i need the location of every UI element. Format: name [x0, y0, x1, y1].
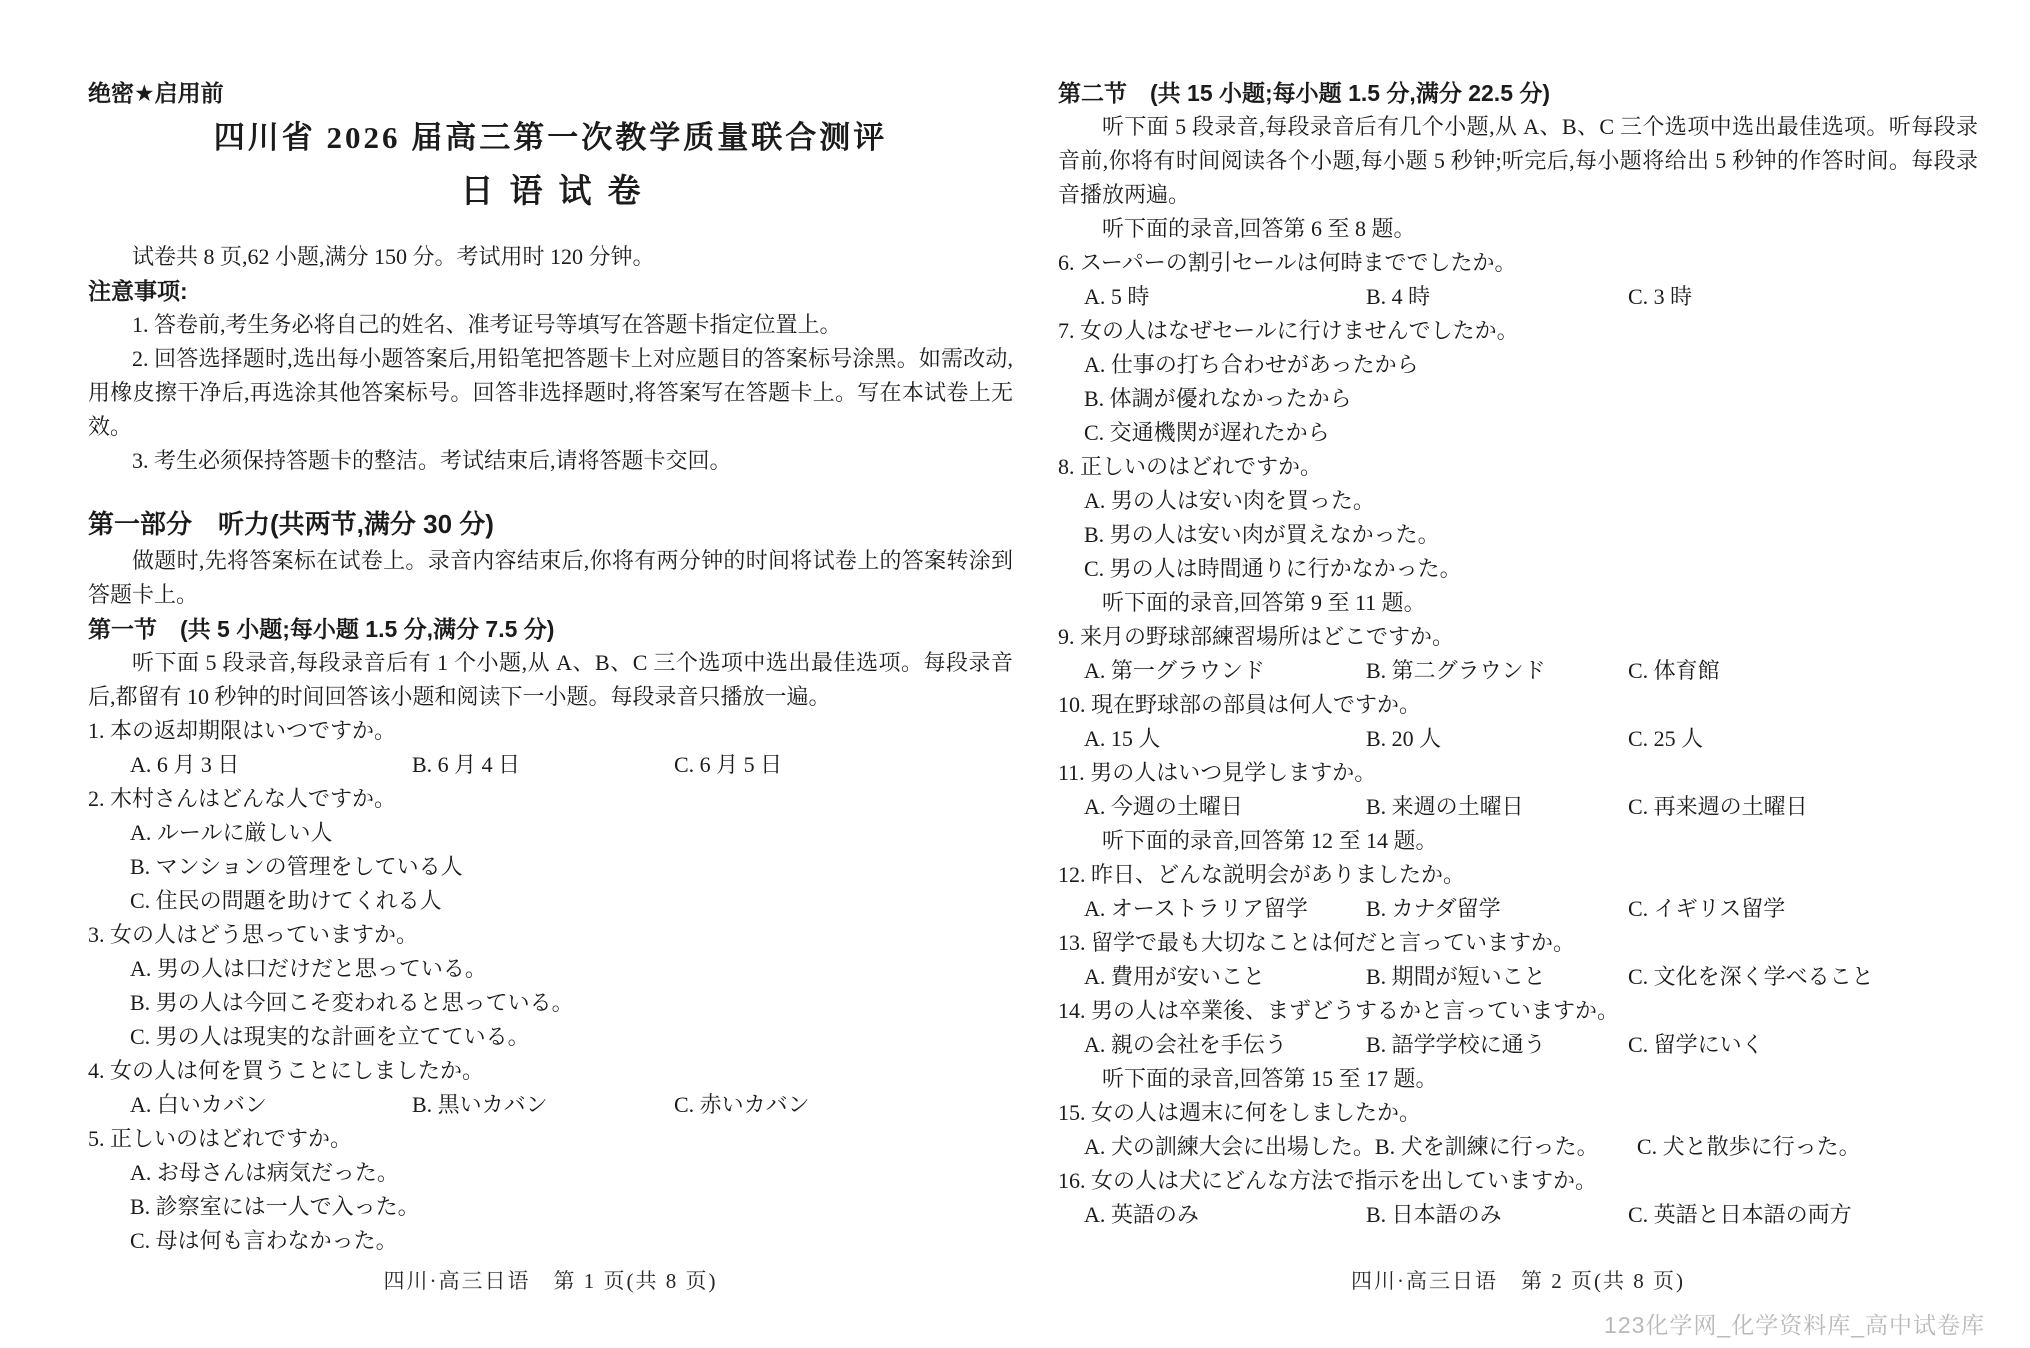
notice-item-1: 1. 答卷前,考生务必将自己的姓名、准考证号等填写在答题卡指定位置上。 [88, 308, 1013, 342]
option-A: A. 今週の土曜日 [1084, 790, 1366, 824]
options: A. 5 時B. 4 時C. 3 時 [1058, 280, 1978, 314]
options: A. 15 人B. 20 人C. 25 人 [1058, 722, 1978, 756]
option-B: B. 黒いカバン [412, 1088, 674, 1122]
option-A: A. ルールに厳しい人 [88, 816, 1013, 850]
security-classification: 绝密★启用前 [88, 76, 1013, 110]
question-text: 2. 木村さんはどんな人ですか。 [88, 782, 1013, 816]
question-number: 4. [88, 1058, 105, 1083]
question-7: 7. 女の人はなぜセールに行けませんでしたか。A. 仕事の打ち合わせがあったから… [1058, 314, 1978, 450]
option-A: A. 費用が安いこと [1084, 960, 1366, 994]
option-A: A. 6 月 3 日 [130, 748, 412, 782]
part1-intro: 做题时,先将答案标在试卷上。录音内容结束后,你将有两分钟的时间将试卷上的答案转涂… [88, 544, 1013, 612]
options: A. 費用が安いことB. 期間が短いことC. 文化を深く学べること [1058, 960, 1978, 994]
option-A: A. 第一グラウンド [1084, 654, 1366, 688]
question-text: 14. 男の人は卒業後、まずどうするかと言っていますか。 [1058, 994, 1978, 1028]
question-number: 14. [1058, 998, 1086, 1023]
option-C: C. 文化を深く学べること [1628, 960, 1874, 994]
questions-page2: 听下面的录音,回答第 6 至 8 题。6. スーパーの割引セールは何時まででした… [1058, 212, 1978, 1232]
option-C: C. 再来週の土曜日 [1628, 790, 1808, 824]
option-B: B. 体調が優れなかったから [1058, 382, 1978, 416]
question-15: 15. 女の人は週末に何をしましたか。A. 犬の訓練大会に出場した。B. 犬を訓… [1058, 1096, 1978, 1164]
question-text: 16. 女の人は犬にどんな方法で指示を出していますか。 [1058, 1164, 1978, 1198]
option-C: C. 住民の問題を助けてくれる人 [88, 884, 1013, 918]
question-2: 2. 木村さんはどんな人ですか。A. ルールに厳しい人B. マンションの管理をし… [88, 782, 1013, 918]
option-C: C. 3 時 [1628, 280, 1692, 314]
notice-heading: 注意事项: [88, 274, 1013, 308]
option-A: A. 犬の訓練大会に出場した。 [1084, 1130, 1375, 1164]
question-11: 11. 男の人はいつ見学しますか。A. 今週の土曜日B. 来週の土曜日C. 再来… [1058, 756, 1978, 824]
question-4: 4. 女の人は何を買うことにしましたか。A. 白いカバンB. 黒いカバンC. 赤… [88, 1054, 1013, 1122]
option-C: C. 体育館 [1628, 654, 1720, 688]
question-16: 16. 女の人は犬にどんな方法で指示を出していますか。A. 英語のみB. 日本語… [1058, 1164, 1978, 1232]
section2-heading: 第二节 (共 15 小题;每小题 1.5 分,满分 22.5 分) [1058, 76, 1978, 110]
question-number: 13. [1058, 930, 1086, 955]
options: A. 犬の訓練大会に出場した。B. 犬を訓練に行った。C. 犬と散歩に行った。 [1058, 1130, 1978, 1164]
page-2: 第二节 (共 15 小题;每小题 1.5 分,满分 22.5 分) 听下面 5 … [1058, 0, 1978, 1348]
question-number: 5. [88, 1126, 105, 1151]
question-text: 15. 女の人は週末に何をしましたか。 [1058, 1096, 1978, 1130]
question-number: 9. [1058, 624, 1075, 649]
option-A: A. 白いカバン [130, 1088, 412, 1122]
option-C: C. 犬と散歩に行った。 [1637, 1130, 1861, 1164]
exam-subject-title: 日语试卷 [88, 168, 1013, 216]
question-number: 16. [1058, 1168, 1086, 1193]
listening-instruction: 听下面的录音,回答第 6 至 8 题。 [1058, 212, 1978, 246]
question-number: 3. [88, 922, 105, 947]
question-text: 10. 現在野球部の部員は何人ですか。 [1058, 688, 1978, 722]
question-text: 4. 女の人は何を買うことにしましたか。 [88, 1054, 1013, 1088]
option-C: C. 留学にいく [1628, 1028, 1764, 1062]
listening-instruction: 听下面的录音,回答第 9 至 11 题。 [1058, 586, 1978, 620]
question-number: 1. [88, 718, 105, 743]
question-text: 3. 女の人はどう思っていますか。 [88, 918, 1013, 952]
options: A. 第一グラウンドB. 第二グラウンドC. 体育館 [1058, 654, 1978, 688]
question-text: 11. 男の人はいつ見学しますか。 [1058, 756, 1978, 790]
section1-intro: 听下面 5 段录音,每段录音后有 1 个小题,从 A、B、C 三个选项中选出最佳… [88, 646, 1013, 714]
option-B: B. 4 時 [1366, 280, 1628, 314]
option-C: C. 赤いカバン [674, 1088, 810, 1122]
option-B: B. 犬を訓練に行った。 [1375, 1130, 1637, 1164]
option-C: C. 英語と日本語の両方 [1628, 1198, 1852, 1232]
question-8: 8. 正しいのはどれですか。A. 男の人は安い肉を買った。B. 男の人は安い肉が… [1058, 450, 1978, 586]
option-A: A. 15 人 [1084, 722, 1366, 756]
option-C: C. イギリス留学 [1628, 892, 1785, 926]
question-number: 2. [88, 786, 105, 811]
page-1: 绝密★启用前 四川省 2026 届高三第一次教学质量联合测评 日语试卷 试卷共 … [88, 0, 1013, 1348]
question-1: 1. 本の返却期限はいつですか。A. 6 月 3 日B. 6 月 4 日C. 6… [88, 714, 1013, 782]
question-text: 6. スーパーの割引セールは何時まででしたか。 [1058, 246, 1978, 280]
option-B: B. 来週の土曜日 [1366, 790, 1628, 824]
question-number: 7. [1058, 318, 1075, 343]
notice-item-3: 3. 考生必须保持答题卡的整洁。考试结束后,请将答题卡交回。 [88, 444, 1013, 478]
option-B: B. 語学学校に通う [1366, 1028, 1628, 1062]
option-A: A. 親の会社を手伝う [1084, 1028, 1366, 1062]
option-A: A. 仕事の打ち合わせがあったから [1058, 348, 1978, 382]
option-B: B. 6 月 4 日 [412, 748, 674, 782]
question-number: 6. [1058, 250, 1075, 275]
option-B: B. カナダ留学 [1366, 892, 1628, 926]
question-text: 13. 留学で最も大切なことは何だと言っていますか。 [1058, 926, 1978, 960]
site-watermark: 123化学网_化学资料库_高中试卷库 [1604, 1308, 1985, 1342]
questions-page1: 1. 本の返却期限はいつですか。A. 6 月 3 日B. 6 月 4 日C. 6… [88, 714, 1013, 1258]
question-12: 12. 昨日、どんな説明会がありましたか。A. オーストラリア留学B. カナダ留… [1058, 858, 1978, 926]
option-C: C. 25 人 [1628, 722, 1703, 756]
section2-intro: 听下面 5 段录音,每段录音后有几个小题,从 A、B、C 三个选项中选出最佳选项… [1058, 110, 1978, 212]
option-A: A. 男の人は口だけだと思っている。 [88, 952, 1013, 986]
question-text: 8. 正しいのはどれですか。 [1058, 450, 1978, 484]
question-text: 9. 来月の野球部練習場所はどこですか。 [1058, 620, 1978, 654]
option-C: C. 男の人は時間通りに行かなかった。 [1058, 552, 1978, 586]
options: A. お母さんは病気だった。B. 診察室には一人で入った。C. 母は何も言わなか… [88, 1156, 1013, 1258]
options: A. ルールに厳しい人B. マンションの管理をしている人C. 住民の問題を助けて… [88, 816, 1013, 918]
options: A. 白いカバンB. 黒いカバンC. 赤いカバン [88, 1088, 1013, 1122]
option-B: B. 診察室には一人で入った。 [88, 1190, 1013, 1224]
question-text: 5. 正しいのはどれですか。 [88, 1122, 1013, 1156]
question-5: 5. 正しいのはどれですか。A. お母さんは病気だった。B. 診察室には一人で入… [88, 1122, 1013, 1258]
options: A. オーストラリア留学B. カナダ留学C. イギリス留学 [1058, 892, 1978, 926]
option-B: B. 男の人は安い肉が買えなかった。 [1058, 518, 1978, 552]
options: A. 親の会社を手伝うB. 語学学校に通うC. 留学にいく [1058, 1028, 1978, 1062]
options: A. 英語のみB. 日本語のみC. 英語と日本語の両方 [1058, 1198, 1978, 1232]
question-13: 13. 留学で最も大切なことは何だと言っていますか。A. 費用が安いことB. 期… [1058, 926, 1978, 994]
question-10: 10. 現在野球部の部員は何人ですか。A. 15 人B. 20 人C. 25 人 [1058, 688, 1978, 756]
option-B: B. 期間が短いこと [1366, 960, 1628, 994]
option-B: B. 20 人 [1366, 722, 1628, 756]
listening-instruction: 听下面的录音,回答第 15 至 17 题。 [1058, 1062, 1978, 1096]
option-A: A. お母さんは病気だった。 [88, 1156, 1013, 1190]
option-B: B. 男の人は今回こそ変われると思っている。 [88, 986, 1013, 1020]
question-6: 6. スーパーの割引セールは何時まででしたか。A. 5 時B. 4 時C. 3 … [1058, 246, 1978, 314]
question-text: 12. 昨日、どんな説明会がありましたか。 [1058, 858, 1978, 892]
exam-paper-scan: 绝密★启用前 四川省 2026 届高三第一次教学质量联合测评 日语试卷 试卷共 … [0, 0, 2030, 1348]
listening-instruction: 听下面的录音,回答第 12 至 14 题。 [1058, 824, 1978, 858]
option-A: A. 男の人は安い肉を買った。 [1058, 484, 1978, 518]
option-C: C. 6 月 5 日 [674, 748, 782, 782]
options: A. 男の人は安い肉を買った。B. 男の人は安い肉が買えなかった。C. 男の人は… [1058, 484, 1978, 586]
page1-footer: 四川·高三日语 第 1 页(共 8 页) [88, 1264, 1013, 1298]
question-number: 12. [1058, 862, 1086, 887]
question-text: 7. 女の人はなぜセールに行けませんでしたか。 [1058, 314, 1978, 348]
option-B: B. 第二グラウンド [1366, 654, 1628, 688]
question-14: 14. 男の人は卒業後、まずどうするかと言っていますか。A. 親の会社を手伝うB… [1058, 994, 1978, 1062]
option-A: A. 5 時 [1084, 280, 1366, 314]
part1-heading: 第一部分 听力(共两节,满分 30 分) [88, 504, 1013, 544]
section1-heading: 第一节 (共 5 小题;每小题 1.5 分,满分 7.5 分) [88, 612, 1013, 646]
options: A. 6 月 3 日B. 6 月 4 日C. 6 月 5 日 [88, 748, 1013, 782]
option-B: B. マンションの管理をしている人 [88, 850, 1013, 884]
option-A: A. オーストラリア留学 [1084, 892, 1366, 926]
question-3: 3. 女の人はどう思っていますか。A. 男の人は口だけだと思っている。B. 男の… [88, 918, 1013, 1054]
option-C: C. 男の人は現実的な計画を立てている。 [88, 1020, 1013, 1054]
options: A. 男の人は口だけだと思っている。B. 男の人は今回こそ変われると思っている。… [88, 952, 1013, 1054]
question-number: 11. [1058, 760, 1085, 785]
option-C: C. 交通機関が遅れたから [1058, 416, 1978, 450]
notice-item-2: 2. 回答选择题时,选出每小题答案后,用铅笔把答题卡上对应题目的答案标号涂黑。如… [88, 342, 1013, 444]
question-9: 9. 来月の野球部練習場所はどこですか。A. 第一グラウンドB. 第二グラウンド… [1058, 620, 1978, 688]
question-number: 10. [1058, 692, 1086, 717]
option-A: A. 英語のみ [1084, 1198, 1366, 1232]
question-number: 15. [1058, 1100, 1086, 1125]
question-text: 1. 本の返却期限はいつですか。 [88, 714, 1013, 748]
question-number: 8. [1058, 454, 1075, 479]
options: A. 今週の土曜日B. 来週の土曜日C. 再来週の土曜日 [1058, 790, 1978, 824]
option-C: C. 母は何も言わなかった。 [88, 1224, 1013, 1258]
options: A. 仕事の打ち合わせがあったからB. 体調が優れなかったからC. 交通機関が遅… [1058, 348, 1978, 450]
option-B: B. 日本語のみ [1366, 1198, 1628, 1232]
exam-meta: 试卷共 8 页,62 小题,满分 150 分。考试用时 120 分钟。 [88, 240, 1013, 274]
page2-footer: 四川·高三日语 第 2 页(共 8 页) [1058, 1264, 1978, 1298]
exam-title: 四川省 2026 届高三第一次教学质量联合测评 [88, 116, 1013, 160]
